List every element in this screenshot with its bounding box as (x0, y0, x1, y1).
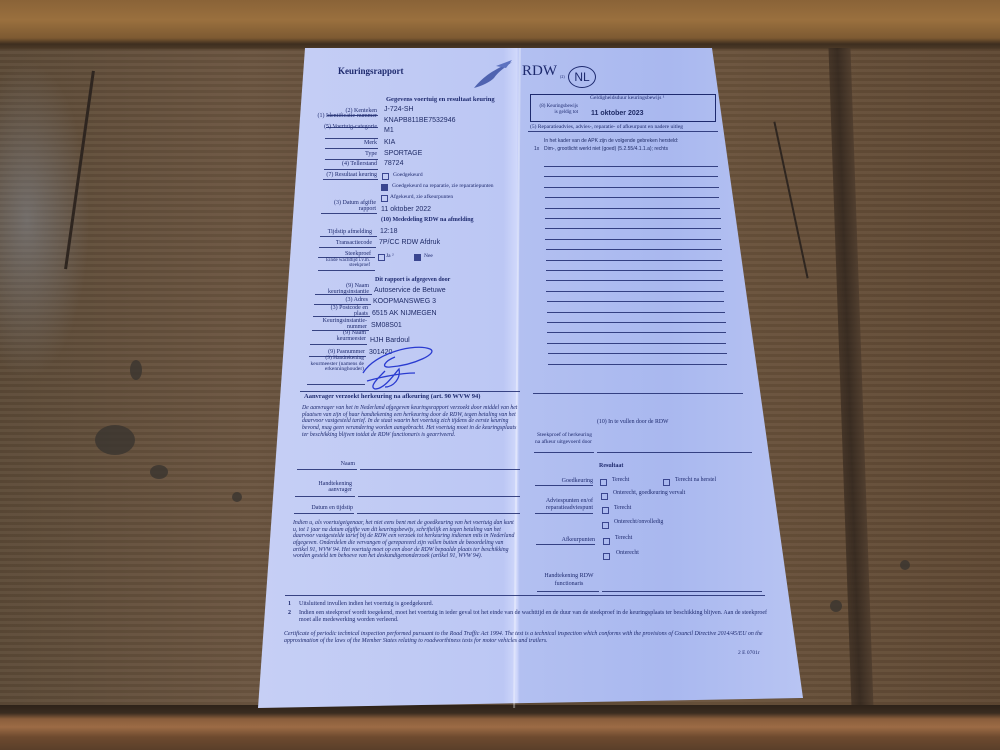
result-option-checkbox[interactable] (381, 184, 388, 191)
option-label: Onterecht, goedkeuring vervalt (613, 490, 685, 497)
underline (297, 469, 357, 470)
reinspection-heading: Aanvrager verzoekt herkeuring na afkeuri… (304, 393, 480, 400)
owner-text: Indien u, als voertuigeigenaar, het niet… (293, 520, 518, 560)
form-code: 2 E 0701r (738, 650, 760, 656)
vehicle-section-heading: Gegevens voertuig en resultaat keuring (386, 96, 495, 103)
field-label-type: Type (300, 151, 377, 157)
applicant-signature-field[interactable] (358, 496, 520, 497)
underline (319, 247, 376, 248)
underline (295, 496, 355, 497)
option-label: Terecht (615, 535, 632, 542)
issuer-heading: Dit rapport is afgegeven door (375, 277, 450, 284)
underline (537, 591, 599, 592)
advies-terecht-checkbox[interactable] (602, 507, 609, 514)
rdw-signature-label: Handtekening RDW functionaris (540, 573, 598, 588)
field-value-kenteken: J-724-SH (384, 106, 414, 113)
ruled-line (545, 197, 720, 198)
result-option-checkbox[interactable] (382, 173, 389, 180)
issuer-value-number: SM08S01 (371, 322, 402, 329)
field-value-tellerstand: 78724 (384, 160, 403, 167)
goedkeuring-herstel-checkbox[interactable] (663, 479, 670, 486)
reinspection-text: De aanvrager van het in Nederland afgege… (302, 405, 520, 438)
applicant-datetime-label: Datum en tijdstip (300, 505, 353, 511)
notification-label-transaction: Transactiecode (300, 240, 372, 246)
underline (324, 169, 378, 170)
footnote-num: 1 (288, 601, 291, 608)
validity-label: (8) Keuringsbewijs is geldig tot (536, 104, 578, 116)
field-value-voertuigcategorie: M1 (384, 127, 394, 134)
rdw-heading: (10) In te vullen door de RDW (597, 419, 668, 426)
repair-item-text: Dim-, grootlicht werkt niet (goed) (5.2.… (544, 146, 668, 152)
option-label: Onterecht (616, 550, 639, 557)
repair-intro: In het kader van de APK zijn de volgende… (544, 138, 678, 144)
field-value-identificatienummer: KNAPB811BE7532946 (384, 117, 455, 124)
ruled-line (547, 343, 726, 344)
issuer-label-inspector: (9) Naam keurmeester (315, 330, 366, 342)
divider (528, 131, 718, 132)
goedkeuring-onterecht-checkbox[interactable] (601, 493, 608, 500)
issuer-value-postcode: 6515 AK NIJMEGEN (372, 310, 437, 317)
result-group-goedkeuring: Goedkeuring (534, 478, 593, 484)
notification-label-time: Tijdstip afmelding (300, 229, 372, 235)
ruled-line (547, 332, 726, 333)
underline (535, 485, 593, 486)
ruled-line (546, 291, 724, 292)
ruled-line (548, 353, 727, 354)
ruled-line (546, 249, 722, 250)
underline (294, 513, 354, 514)
validity-value: 11 oktober 2023 (591, 110, 644, 117)
ruled-line (548, 364, 728, 365)
afkeur-terecht-checkbox[interactable] (603, 538, 610, 545)
ruled-line (544, 176, 718, 177)
underline (325, 159, 378, 160)
notification-value-time: 12:18 (380, 228, 398, 235)
underline (318, 270, 375, 271)
ruled-line (545, 239, 721, 240)
wood-stain (150, 465, 168, 479)
footnote-text: Uitsluitend invullen indien het voertuig… (299, 601, 433, 608)
result-option-checkbox[interactable] (381, 195, 388, 202)
ruled-line (547, 322, 726, 323)
country-note: (2) (560, 75, 565, 80)
issuer-label-address: (3) Adres (318, 297, 368, 303)
footnote-text: Indien een steekproef wordt toegekend, m… (299, 610, 769, 624)
underline (534, 452, 594, 453)
certificate-text: Certificate of periodic technical inspec… (284, 631, 764, 645)
rdw-brand: RDW (522, 63, 557, 80)
result-option-label: Goedgekeurd na reparatie, zie reparatiep… (392, 183, 494, 189)
field-value-merk: KIA (384, 139, 395, 146)
issuer-value-name: Autoservice de Betuwe (374, 287, 446, 294)
applicant-datetime-field[interactable] (357, 513, 520, 514)
ruled-line (546, 260, 723, 261)
option-label: Terecht (614, 505, 631, 512)
underline (323, 179, 378, 180)
field-label-voertuigcategorie: (5) Voertuig-categorie (300, 124, 377, 130)
advies-onterecht-checkbox[interactable] (602, 522, 609, 529)
issuer-value-address: KOOPMANSWEG 3 (373, 298, 436, 305)
result-group-adviespunten: Adviespunten en/of reparatieadviespunt (532, 498, 593, 512)
wood-stain (232, 492, 242, 502)
rdw-logo-icon (472, 56, 514, 90)
divider (533, 393, 743, 394)
field-value-type: SPORTAGE (384, 150, 422, 157)
steekproef-yes-checkbox[interactable] (378, 254, 385, 261)
ruled-line (547, 312, 725, 313)
ruled-line (544, 166, 718, 167)
underline (535, 513, 593, 514)
result-option-label: Afgekeurd, zie afkeurpunten (390, 194, 453, 200)
underline (313, 316, 370, 317)
field-label-tellerstand: (4) Tellerstand (300, 161, 377, 167)
country-badge: NL (568, 66, 596, 88)
field-label-merk: Merk (300, 140, 377, 146)
ruled-line (545, 208, 720, 209)
option-label: Terecht (612, 477, 629, 484)
wood-stain (95, 425, 135, 455)
wood-worn-patch (0, 60, 90, 380)
date-value: 11 oktober 2022 (381, 206, 431, 213)
result-label: (7) Resultaat keuring (300, 172, 377, 178)
rdw-sample-label: Steekproef of herkeuring na afkeur uitge… (532, 432, 592, 445)
ruled-line (545, 228, 721, 229)
underline (315, 294, 372, 295)
ruled-line (546, 270, 723, 271)
divider (285, 595, 765, 596)
date-label: (3) Datum afgifte rapport (320, 200, 376, 212)
goedkeuring-terecht-checkbox[interactable] (600, 479, 607, 486)
applicant-name-field[interactable] (360, 469, 520, 470)
notification-heading: (10) Mededeling RDW na afmelding (381, 217, 474, 224)
steekproef-no-label: Nee (424, 253, 433, 259)
ruled-line (545, 218, 721, 219)
ruled-line (547, 301, 725, 302)
result-option-label: Goedgekeurd (393, 172, 423, 178)
divider (300, 391, 520, 392)
rdw-sample-field[interactable] (597, 452, 752, 453)
applicant-signature-label: Handtekening aanvrager (310, 481, 352, 493)
wood-stain (830, 600, 842, 612)
wood-stain (900, 560, 910, 570)
underline (320, 236, 377, 237)
option-label: Terecht na herstel (675, 477, 716, 484)
underline (321, 213, 377, 214)
field-label-identificatienummer: (1) Identificatie-nummer (300, 113, 377, 119)
rdw-signature-field[interactable] (602, 591, 762, 592)
underline (325, 138, 378, 139)
applicant-name-label: Naam (300, 461, 355, 467)
option-label: Onterecht/onvolledig (614, 519, 663, 526)
report-title: Keuringsrapport (338, 66, 404, 76)
steekproef-no-checkbox[interactable] (414, 254, 421, 261)
inspector-signature (355, 343, 440, 391)
wood-stain (130, 360, 142, 380)
repair-item-qty: 1x (534, 146, 539, 152)
underline (536, 544, 595, 545)
notification-value-transaction: 7P/CC RDW Afdruk (379, 239, 440, 246)
validity-heading: Geldigheidsduur keuringsbewijs ¹ (590, 95, 664, 101)
table-edge (0, 705, 1000, 750)
result-group-afkeurpunten: Afkeurpunten (534, 537, 595, 543)
wachttijd-label: Einde wachttijd i.v.m. steekproef (318, 258, 370, 268)
underline (325, 148, 378, 149)
steekproef-yes-label: Ja ² (386, 253, 394, 259)
result-heading: Resultaat (599, 463, 623, 470)
afkeur-onterecht-checkbox[interactable] (603, 553, 610, 560)
inspection-report-paper (258, 48, 803, 708)
repair-heading: (5) Reparatieadvies, advies-, reparatie-… (530, 124, 683, 130)
issuer-label-number: Keuringsinstantie-nummer (310, 318, 367, 330)
footnote-num: 2 (288, 610, 291, 617)
ruled-line (544, 187, 719, 188)
ruled-line (546, 280, 723, 281)
